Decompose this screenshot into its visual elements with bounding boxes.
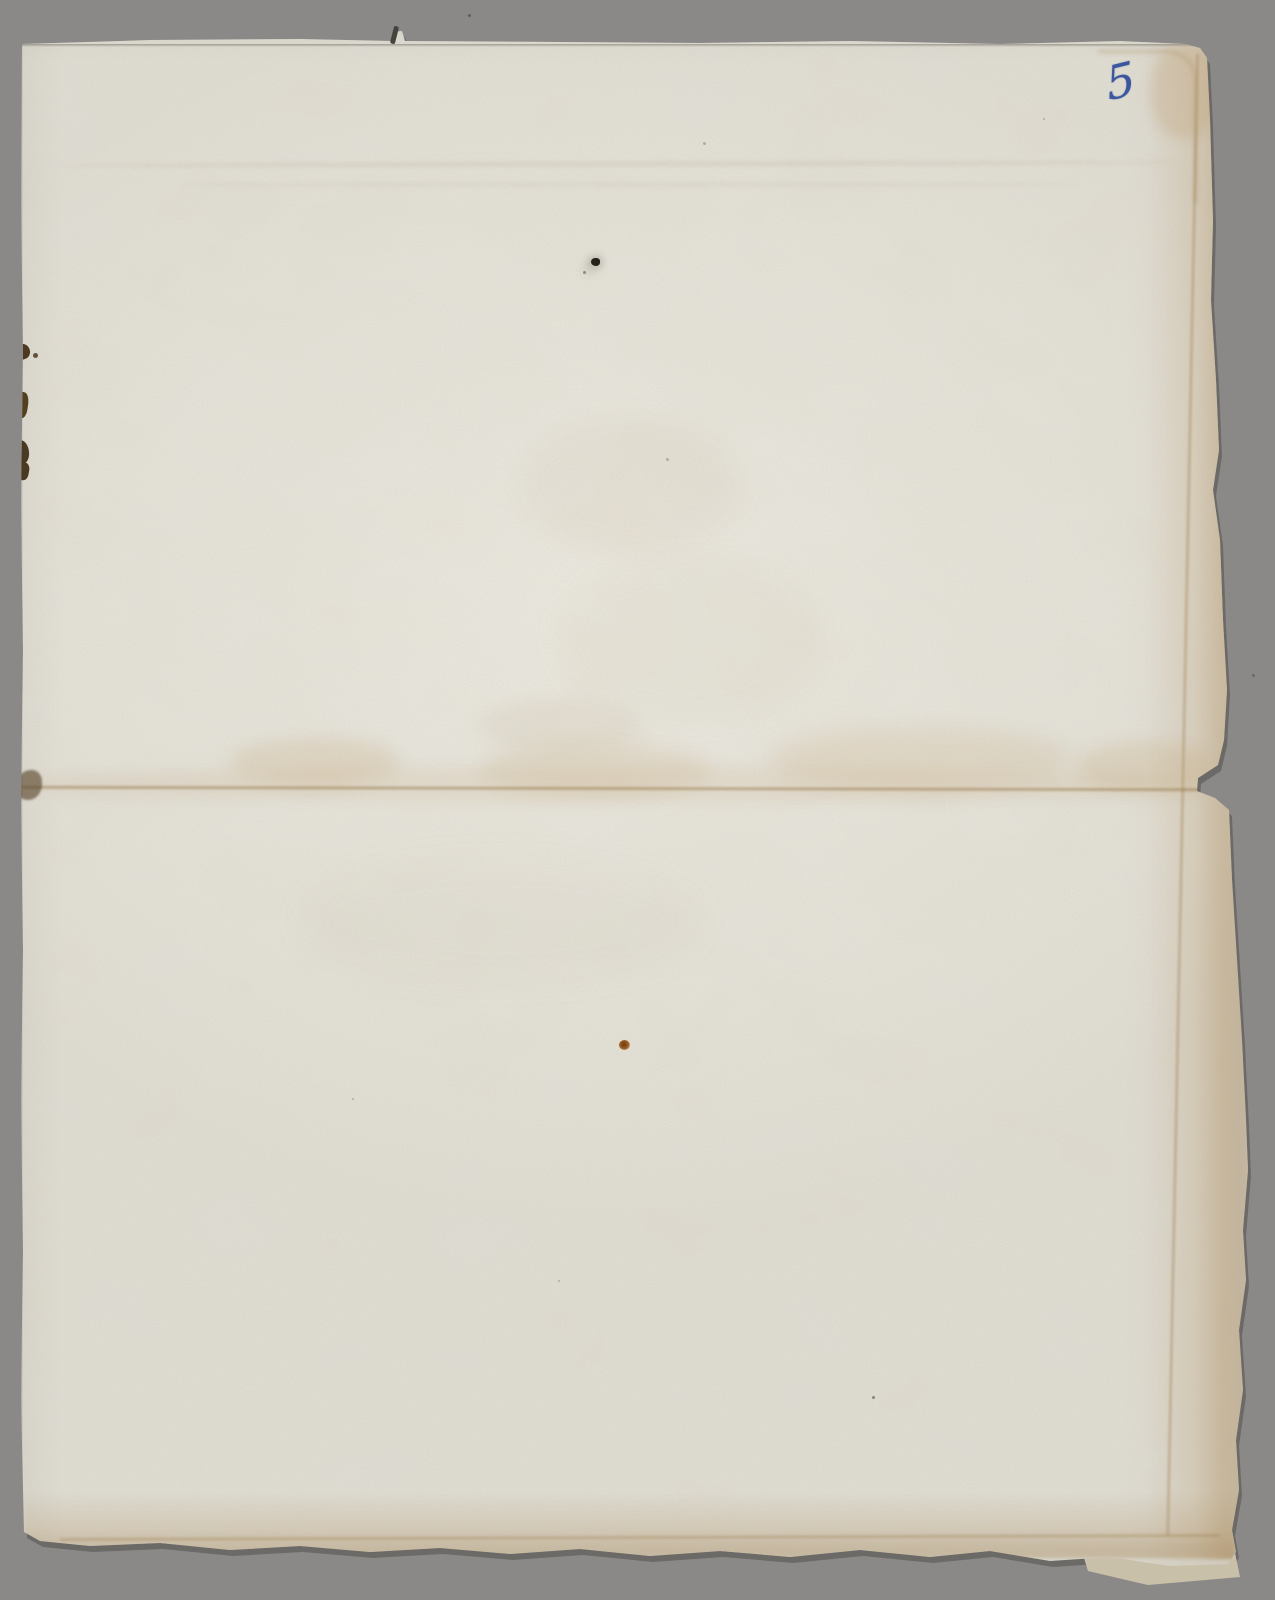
- scan-background: 5: [0, 0, 1275, 1600]
- paper-speck: [872, 1396, 875, 1399]
- show-through-stain: [520, 420, 740, 550]
- fold-stain: [770, 728, 1070, 790]
- fold-stain: [230, 738, 400, 786]
- ink-spot-satellite: [583, 271, 586, 274]
- seal-remnant: [33, 353, 38, 358]
- document-page: 5: [0, 0, 1275, 1600]
- paper-speck: [666, 458, 669, 461]
- show-through-stain: [480, 700, 640, 752]
- paper-speck: [352, 1098, 354, 1100]
- ink-spot: [591, 258, 600, 266]
- top-crumple-crease-2: [180, 183, 1080, 186]
- dust-speck: [1252, 674, 1255, 677]
- dust-speck: [468, 14, 471, 17]
- fold-stain: [1078, 742, 1210, 792]
- page-number-annotation: 5: [1103, 55, 1138, 108]
- paper-speck: [558, 1280, 560, 1282]
- show-through-stain: [300, 860, 700, 980]
- top-edge-shadow: [22, 44, 1204, 47]
- paper-speck: [1043, 118, 1045, 120]
- right-edge-stain: [1148, 44, 1252, 1560]
- foxing-spot: [619, 1040, 630, 1050]
- show-through-stain: [560, 560, 820, 720]
- paper-speck: [703, 142, 706, 145]
